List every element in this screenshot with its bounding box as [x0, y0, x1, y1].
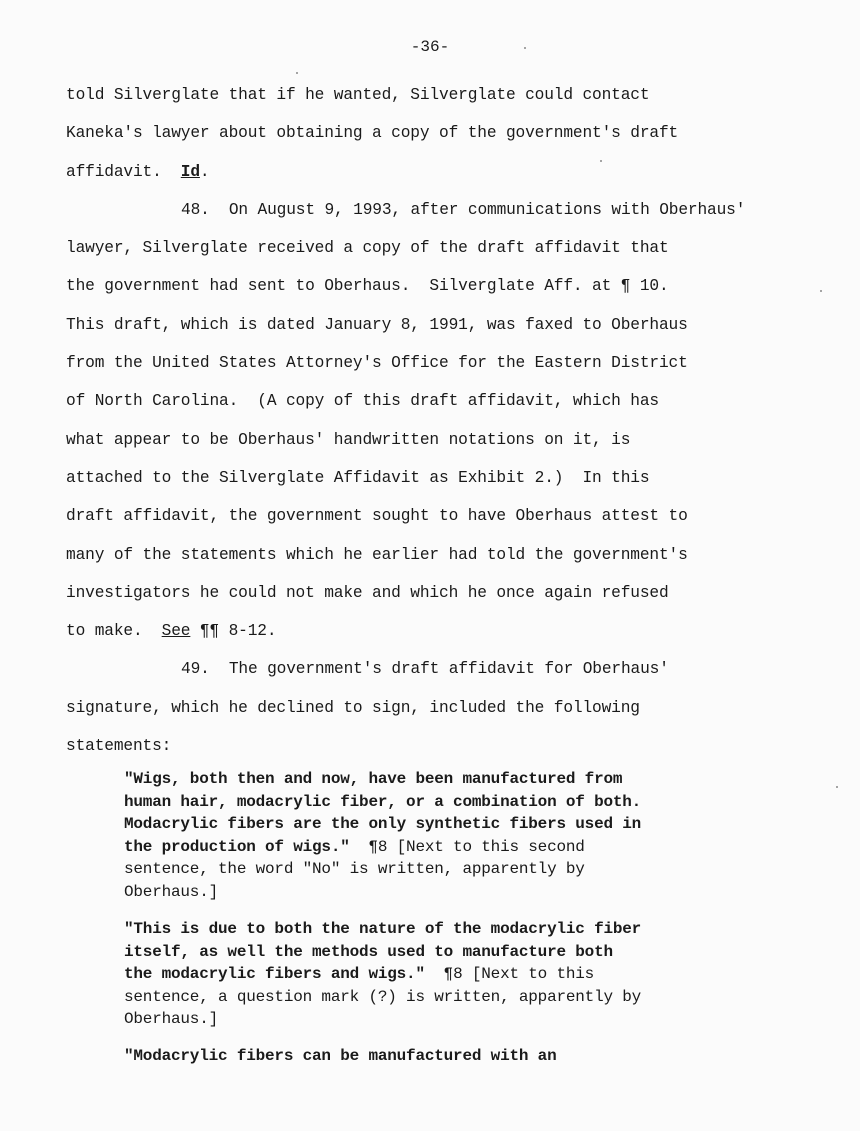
- scan-speck: [600, 160, 602, 162]
- scan-speck: [296, 72, 298, 74]
- quote-line: human hair, modacrylic fiber, or a combi…: [124, 791, 774, 814]
- paragraph-48-first-line: 48. On August 9, 1993, after communicati…: [66, 191, 826, 229]
- quote-line: itself, as well the methods used to manu…: [124, 941, 774, 964]
- text-line: to make. See ¶¶ 8-12.: [66, 612, 826, 650]
- text-line: Kaneka's lawyer about obtaining a copy o…: [66, 114, 826, 152]
- text-line: This draft, which is dated January 8, 19…: [66, 306, 826, 344]
- text-line: attached to the Silverglate Affidavit as…: [66, 459, 826, 497]
- scan-speck: [524, 47, 526, 49]
- block-quote-1: "Wigs, both then and now, have been manu…: [124, 768, 774, 904]
- text-line: what appear to be Oberhaus' handwritten …: [66, 421, 826, 459]
- quote-line: "This is due to both the nature of the m…: [124, 918, 774, 941]
- quote-line: the modacrylic fibers and wigs." ¶8 [Nex…: [124, 963, 774, 986]
- text-line: of North Carolina. (A copy of this draft…: [66, 382, 826, 420]
- note-fragment: ¶8 [Next to this second: [350, 838, 585, 856]
- text-fragment: .: [200, 163, 210, 181]
- text-line: statements:: [66, 727, 826, 765]
- note-line: sentence, a question mark (?) is written…: [124, 986, 774, 1009]
- scan-speck: [820, 290, 822, 292]
- quote-line: Modacrylic fibers are the only synthetic…: [124, 813, 774, 836]
- text-line: the government had sent to Oberhaus. Sil…: [66, 267, 826, 305]
- text-fragment: ¶¶ 8-12.: [190, 622, 276, 640]
- note-fragment: ¶8 [Next to this: [425, 965, 594, 983]
- quote-line: "Wigs, both then and now, have been manu…: [124, 768, 774, 791]
- text-line: affidavit. Id.: [66, 153, 826, 191]
- citation-id: Id: [181, 163, 200, 181]
- paragraph-49-first-line: 49. The government's draft affidavit for…: [66, 650, 826, 688]
- text-line: signature, which he declined to sign, in…: [66, 689, 826, 727]
- signal-see: See: [162, 622, 191, 640]
- text-line: draft affidavit, the government sought t…: [66, 497, 826, 535]
- scan-speck: [836, 786, 838, 788]
- quote-line: the production of wigs." ¶8 [Next to thi…: [124, 836, 774, 859]
- block-quote-3: "Modacrylic fibers can be manufactured w…: [124, 1045, 774, 1068]
- text-line: investigators he could not make and whic…: [66, 574, 826, 612]
- quote-fragment: the production of wigs.": [124, 838, 350, 856]
- text-fragment: affidavit.: [66, 163, 181, 181]
- text-line: told Silverglate that if he wanted, Silv…: [66, 76, 826, 114]
- quote-fragment: the modacrylic fibers and wigs.": [124, 965, 425, 983]
- quote-line: "Modacrylic fibers can be manufactured w…: [124, 1045, 774, 1068]
- page-number: -36-: [0, 38, 860, 56]
- text-line: lawyer, Silverglate received a copy of t…: [66, 229, 826, 267]
- text-line: many of the statements which he earlier …: [66, 536, 826, 574]
- document-body: told Silverglate that if he wanted, Silv…: [66, 76, 826, 765]
- note-line: Oberhaus.]: [124, 881, 774, 904]
- text-line: from the United States Attorney's Office…: [66, 344, 826, 382]
- text-fragment: to make.: [66, 622, 162, 640]
- note-line: sentence, the word "No" is written, appa…: [124, 858, 774, 881]
- note-line: Oberhaus.]: [124, 1008, 774, 1031]
- block-quote-2: "This is due to both the nature of the m…: [124, 918, 774, 1031]
